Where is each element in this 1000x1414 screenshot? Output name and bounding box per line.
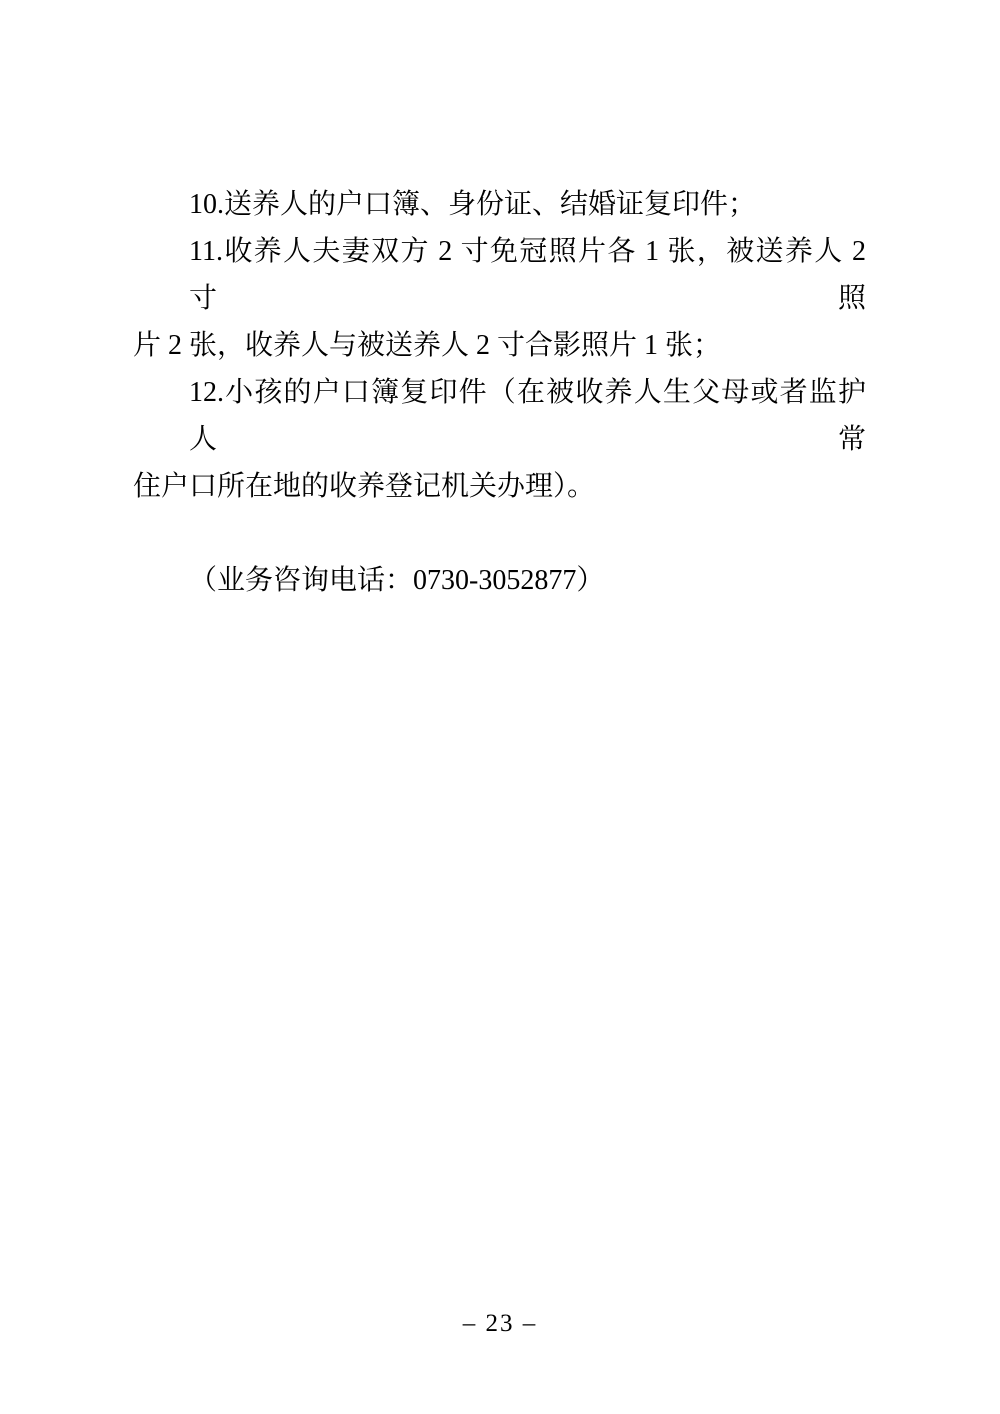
item-12-line-2: 住户口所在地的收养登记机关办理）。 <box>133 463 866 510</box>
item-11-line-1: 11.收养人夫妻双方 2 寸免冠照片各 1 张，被送养人 2 寸照 <box>133 228 866 322</box>
paragraph-item-10: 10.送养人的户口簿、身份证、结婚证复印件； <box>133 181 866 228</box>
contact-phone-line: （业务咨询电话：0730-3052877） <box>133 557 866 604</box>
item-11-line-2: 片 2 张，收养人与被送养人 2 寸合影照片 1 张； <box>133 322 866 369</box>
document-content: 10.送养人的户口簿、身份证、结婚证复印件； 11.收养人夫妻双方 2 寸免冠照… <box>133 181 866 604</box>
blank-line <box>133 510 866 557</box>
item-12-line-1: 12.小孩的户口簿复印件（在被收养人生父母或者监护人常 <box>133 369 866 463</box>
item-10-line-1: 10.送养人的户口簿、身份证、结婚证复印件； <box>133 181 866 228</box>
paragraph-contact: （业务咨询电话：0730-3052877） <box>133 557 866 604</box>
document-page: 10.送养人的户口簿、身份证、结婚证复印件； 11.收养人夫妻双方 2 寸免冠照… <box>0 0 1000 1414</box>
paragraph-item-12: 12.小孩的户口簿复印件（在被收养人生父母或者监护人常 住户口所在地的收养登记机… <box>133 369 866 510</box>
page-number: – 23 – <box>0 1310 1000 1338</box>
paragraph-item-11: 11.收养人夫妻双方 2 寸免冠照片各 1 张，被送养人 2 寸照 片 2 张，… <box>133 228 866 369</box>
